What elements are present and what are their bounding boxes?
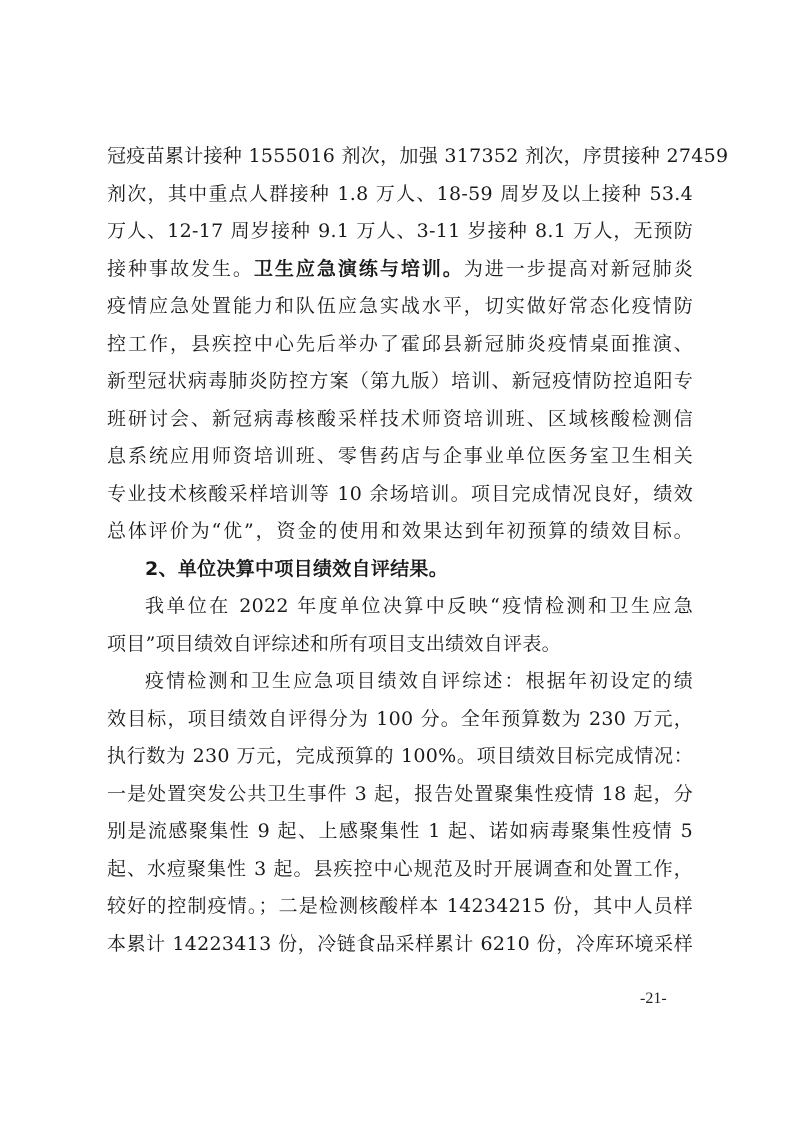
text-line: 班研讨会、新冠病毒核酸采样技术师资培训班、区域核酸检测信 xyxy=(107,401,693,439)
text-line: 效目标，项目绩效自评得分为 100 分。全年预算数为 230 万元， xyxy=(107,701,693,739)
text-line-with-bold: 接种事故发生。卫生应急演练与培训。为进一步提高对新冠肺炎 xyxy=(107,251,693,289)
text-line: 总体评价为“优”，资金的使用和效果达到年初预算的绩效目标。 xyxy=(107,513,693,551)
text-line: 冠疫苗累计接种 1555016 剂次，加强 317352 剂次，序贯接种 274… xyxy=(107,138,693,176)
page-number: -21- xyxy=(640,990,667,1008)
text-line: 本累计 14223413 份，冷链食品采样累计 6210 份，冷库环境采样 xyxy=(107,926,693,964)
text-line: 控工作，县疾控中心先后举办了霍邱县新冠肺炎疫情桌面推演、 xyxy=(107,326,693,364)
text-line: 疫情应急处置能力和队伍应急实战水平，切实做好常态化疫情防 xyxy=(107,288,693,326)
text-line: 息系统应用师资培训班、零售药店与企事业单位医务室卫生相关 xyxy=(107,438,693,476)
paragraph-vaccination-training: 冠疫苗累计接种 1555016 剂次，加强 317352 剂次，序贯接种 274… xyxy=(107,138,693,551)
text-line: 疫情检测和卫生应急项目绩效自评综述：根据年初设定的绩 xyxy=(107,663,693,701)
text-line: 一是处置突发公共卫生事件 3 起，报告处置聚集性疫情 18 起，分 xyxy=(107,776,693,814)
bold-subheading: 卫生应急演练与培训。 xyxy=(254,258,464,280)
text-line: 我单位在 2022 年度单位决算中反映“疫情检测和卫生应急 xyxy=(107,588,693,626)
document-body: 冠疫苗累计接种 1555016 剂次，加强 317352 剂次，序贯接种 274… xyxy=(107,138,693,963)
text-segment: 为进一步提高对新冠肺炎 xyxy=(464,258,693,280)
text-line: 项目”项目绩效自评综述和所有项目支出绩效自评表。 xyxy=(107,626,693,664)
text-line: 执行数为 230 万元，完成预算的 100%。项目绩效目标完成情况： xyxy=(107,738,693,776)
paragraph-project-self-evaluation: 疫情检测和卫生应急项目绩效自评综述：根据年初设定的绩 效目标，项目绩效自评得分为… xyxy=(107,663,693,963)
text-line: 专业技术核酸采样培训等 10 余场培训。项目完成情况良好，绩效 xyxy=(107,476,693,514)
text-line: 剂次，其中重点人群接种 1.8 万人、18-59 周岁及以上接种 53.4 xyxy=(107,176,693,214)
paragraph-unit-final-accounts: 我单位在 2022 年度单位决算中反映“疫情检测和卫生应急 项目”项目绩效自评综… xyxy=(107,588,693,663)
text-segment: 接种事故发生。 xyxy=(107,258,254,280)
text-line: 万人、12-17 周岁接种 9.1 万人、3-11 岁接种 8.1 万人，无预防 xyxy=(107,213,693,251)
section-heading: 2、单位决算中项目绩效自评结果。 xyxy=(107,551,693,589)
text-line: 别是流感聚集性 9 起、上感聚集性 1 起、诺如病毒聚集性疫情 5 xyxy=(107,813,693,851)
text-line: 起、水痘聚集性 3 起。县疾控中心规范及时开展调查和处置工作， xyxy=(107,851,693,889)
text-line: 较好的控制疫情。；二是检测核酸样本 14234215 份，其中人员样 xyxy=(107,888,693,926)
text-line: 新型冠状病毒肺炎防控方案（第九版）培训、新冠疫情防控追阳专 xyxy=(107,363,693,401)
